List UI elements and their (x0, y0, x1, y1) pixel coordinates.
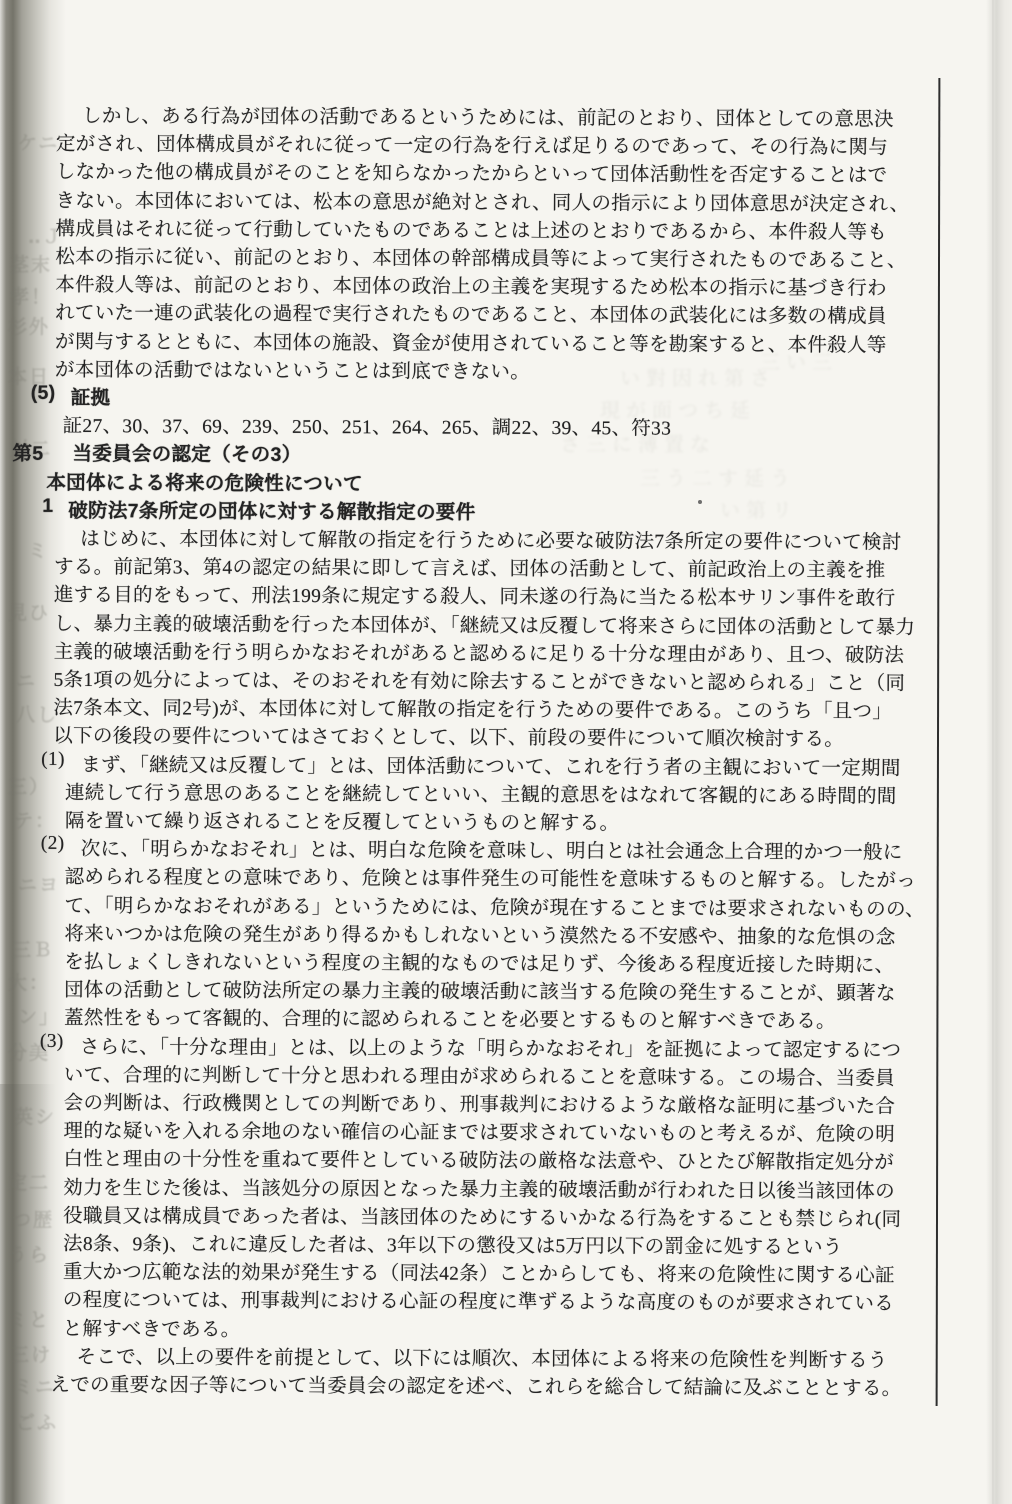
text-line-content: 役職員又は構成員であった者は、当該団体のためにするいかなる行為をすることも禁じら… (63, 1200, 901, 1232)
text-line: 進する目的をもって、刑法199条に規定する殺人、同未遂の行為に当たる松本サリン事… (0, 579, 970, 611)
text-line: と解すべきである。 (0, 1312, 967, 1344)
text-line: 5条1項の処分によっては、そのおそれを有効に除去することができないと認められる」… (0, 664, 970, 696)
text-line: 役職員又は構成員であった者は、当該団体のためにするいかなる行為をすることも禁じら… (0, 1199, 967, 1231)
text-line-content: 破防法7条所定の団体に対する解散指定の要件 (68, 495, 475, 525)
text-line-content: 証27、30、37、69、239、250、251、264、265、調22、39、… (63, 410, 672, 441)
text-line: し、暴力主義的破壊活動を行った本団体が、「継続又は反覆して将来さらに団体の活動と… (0, 607, 970, 639)
scanned-document-page: ケニ‥Ｊ茎末孝！杉外本日対二ミ見ひニ八し三）テ：ニヨ三Ｂ大：ン」分美英シ定二つ歴… (0, 0, 1012, 1504)
text-line: 第5当委員会の認定（その3） (0, 438, 971, 470)
text-line: そこで、以上の要件を前提として、以下には順次、本団体による将来の危険性を判断する… (0, 1340, 967, 1372)
text-line-content: 当委員会の認定（その3） (72, 438, 301, 467)
text-line: 本団体による将来の危険性について (0, 466, 970, 498)
text-line-content: しなかった他の構成員がそのことを知らなかったからといって団体活動性を否定すること… (56, 156, 888, 188)
text-line-content: はじめに、本団体に対して解散の指定を行うために必要な破防法7条所定の要件について… (80, 523, 902, 555)
text-line-content: が本団体の活動ではないということは到底できない。 (55, 354, 530, 384)
text-line: て、「明らかなおそれがある」というためには、危険が現在することまでは要求されない… (0, 889, 969, 921)
text-line: 構成員はそれに従って行動していたものであることは上述のとおりであるから、本件殺人… (0, 212, 972, 244)
text-line: 理的な疑いを入れる余地のない確信の心証までは要求されていないものと考えるが、危険… (0, 1115, 968, 1147)
text-line: 1破防法7条所定の団体に対する解散指定の要件 (0, 494, 970, 526)
text-line-content: 進する目的をもって、刑法199条に規定する殺人、同未遂の行為に当たる松本サリン事… (54, 579, 896, 611)
text-line: 定がされ、団体構成員がそれに従って一定の行為を行えば足りるのであって、その行為に… (0, 128, 972, 160)
text-line: 重大かつ広範な法的効果が発生する（同法42条）ことからしても、将来の危険性に関す… (0, 1256, 967, 1288)
paragraph-number: (1) (41, 748, 65, 770)
text-line: 効力を生じた後は、当該処分の原因となった暴力主義的破壊活動が行われた日以後当該団… (0, 1171, 967, 1203)
text-line: 隔を置いて繰り返されることを反覆してというものと解する。 (0, 805, 969, 837)
paragraph-number: 1 (42, 495, 53, 518)
text-line: 証27、30、37、69、239、250、251、264、265、調22、39、… (0, 410, 971, 442)
text-line: 以下の後段の要件についてはさておくとして、以下、前段の要件について順次検討する。 (0, 720, 969, 752)
text-line-content: 認められる程度との意味であり、危険とは事件発生の可能性を意味するものと解する。し… (65, 861, 917, 893)
text-line-content: 効力を生じた後は、当該処分の原因となった暴力主義的破壊活動が行われた日以後当該団… (63, 1172, 895, 1204)
text-line-content: 証拠 (71, 382, 111, 410)
text-line: (5)証拠 (0, 382, 971, 414)
text-line-content: さらに、「十分な理由」とは、以上のような「明らかなおそれ」を証拠によって認定する… (80, 1031, 902, 1063)
text-line: する。前記第3、第4の認定の結果に即して言えば、団体の活動として、前記政治上の主… (0, 551, 970, 583)
text-line-content: 定がされ、団体構成員がそれに従って一定の行為を行えば足りるのであって、その行為に… (56, 128, 888, 160)
text-line-content: 団体の活動として破防法所定の暴力主義的破壊活動に該当する危険の発生することが、顕… (64, 974, 896, 1006)
text-line: 松本の指示に従い、前記のとおり、本団体の幹部構成員等によって実行されたものである… (0, 241, 971, 273)
text-line-content: 本団体による将来の危険性について (46, 466, 363, 495)
text-line: えでの重要な因子等について当委員会の認定を述べ、これらを総合して結論に及ぶことと… (0, 1369, 966, 1401)
text-line: 本件殺人等は、前記のとおり、本団体の政治上の主義を実現するため松本の指示に基づき… (0, 269, 971, 301)
text-line-content: 以下の後段の要件についてはさておくとして、以下、前段の要件について順次検討する。 (53, 720, 844, 751)
text-line-content: 理的な疑いを入れる余地のない確信の心証までは要求されていないものと考えるが、危険… (63, 1115, 895, 1147)
text-line-content: 隔を置いて繰り返されることを反覆してというものと解する。 (65, 805, 620, 835)
text-line-content: 松本の指示に従い、前記のとおり、本団体の幹部構成員等によって実行されたものである… (55, 241, 907, 273)
paragraph-number: (2) (41, 833, 65, 855)
text-line-content: 将来いつかは危険の発生があり得るかもしれないという漠然たる不安感や、抽象的な危惧… (64, 918, 895, 950)
text-line-content: て、「明らかなおそれがある」というためには、危険が現在することまでは要求されない… (64, 890, 924, 922)
text-line-content: 重大かつ広範な法的効果が発生する（同法42条）ことからしても、将来の危険性に関す… (63, 1256, 895, 1288)
text-line: はじめに、本団体に対して解散の指定を行うために必要な破防法7条所定の要件について… (0, 523, 970, 555)
text-line-content: 5条1項の処分によっては、そのおそれを有効に除去することができないと認められる」… (53, 664, 905, 696)
text-line-content: えでの重要な因子等について当委員会の認定を述べ、これらを総合して結論に及ぶことと… (50, 1369, 901, 1401)
text-line-content: 次に、「明らかなおそれ」とは、明白な危険を意味し、明白とは社会通念上合理的かつ一… (81, 833, 903, 865)
text-line-content: 構成員はそれに従って行動していたものであることは上述のとおりであるから、本件殺人… (55, 213, 887, 245)
text-line: 連続して行う意思のあることを継続してといい、主観的意思をはなれて客観的にある時間… (0, 776, 969, 808)
text-line: しかし、ある行為が団体の活動であるというためには、前記のとおり、団体としての意思… (0, 100, 972, 132)
text-line: いて、合理的に判断して十分と思われる理由が求められることを意味する。この場合、当… (0, 1058, 968, 1090)
text-line: 会の判断は、行政機関としての判断であり、刑事裁判におけるような厳格な証明に基づい… (0, 1087, 968, 1119)
text-line: (2)次に、「明らかなおそれ」とは、明白な危険を意味し、明白とは社会通念上合理的… (0, 833, 969, 865)
text-line-content: しかし、ある行為が団体の活動であるというためには、前記のとおり、団体としての意思… (82, 100, 894, 132)
text-line-content: を払しょくしきれないという程度の主観的なものでは足りず、今後ある程度近接した時期… (64, 946, 894, 978)
paragraph-number: 第5 (12, 438, 43, 466)
text-line: 法8条、9条)、これに違反した者は、3年以下の懲役又は5万円以下の罰金に処すると… (0, 1228, 967, 1260)
text-line-content: 本件殺人等は、前記のとおり、本団体の政治上の主義を実現するため松本の指示に基づき… (55, 269, 887, 301)
text-line: れていた一連の武装化の過程で実行されたものであること、本団体の武装化には多数の構… (0, 297, 971, 329)
text-line: しなかった他の構成員がそのことを知らなかったからといって団体活動性を否定すること… (0, 156, 972, 188)
text-line: 認められる程度との意味であり、危険とは事件発生の可能性を意味するものと解する。し… (0, 861, 969, 893)
paragraph-number: (5) (31, 382, 56, 405)
text-line: 将来いつかは危険の発生があり得るかもしれないという漠然たる不安感や、抽象的な危惧… (0, 917, 968, 949)
paragraph-number: (3) (40, 1030, 64, 1052)
text-line-content: 会の判断は、行政機関としての判断であり、刑事裁判におけるような厳格な証明に基づい… (64, 1087, 896, 1119)
text-line-content: と解すべきである。 (63, 1313, 241, 1342)
text-line: 蓋然性をもって客観的、合理的に認められることを必要とするものと解すべきである。 (0, 1002, 968, 1034)
text-line-content: まず、「継続又は反覆して」とは、団体活動について、これを行う者の主観において一定… (81, 749, 901, 781)
text-line-content: の程度については、刑事裁判における心証の程度に準ずるような高度のものが要求されて… (63, 1284, 894, 1316)
text-line: (3)さらに、「十分な理由」とは、以上のような「明らかなおそれ」を証拠によって認… (0, 1030, 968, 1062)
text-line: を払しょくしきれないという程度の主観的なものでは足りず、今後ある程度近接した時期… (0, 946, 968, 978)
text-line-content: 連続して行う意思のあることを継続してといい、主観的意思をはなれて客観的にある時間… (65, 777, 897, 809)
text-line-content: 法8条、9条)、これに違反した者は、3年以下の懲役又は5万円以下の罰金に処すると… (63, 1228, 843, 1259)
text-line: が本団体の活動ではないということは到底できない。 (0, 353, 971, 385)
text-line: (1)まず、「継続又は反覆して」とは、団体活動について、これを行う者の主観におい… (0, 748, 969, 780)
text-line-content: 主義的破壊活動を行う明らかなおそれがあると認めるに足りる十分な理由があり、且つ、… (54, 636, 905, 668)
text-line-content: 法7条本文、同2号)が、本団体に対して解散の指定を行うための要件である。このうち… (53, 692, 892, 724)
text-line: きない。本団体においては、松本の意思が絶対とされ、同人の指示により団体意思が決定… (0, 184, 972, 216)
text-line: の程度については、刑事裁判における心証の程度に準ずるような高度のものが要求されて… (0, 1284, 967, 1316)
text-line-content: きない。本団体においては、松本の意思が絶対とされ、同人の指示により団体意思が決定… (56, 184, 910, 216)
text-line: 団体の活動として破防法所定の暴力主義的破壊活動に該当する危険の発生することが、顕… (0, 974, 968, 1006)
text-line: 白性と理由の十分性を重ねて要件としている破防法の厳格な法意や、ひとたび解散指定処… (0, 1143, 967, 1175)
text-line-content: 蓋然性をもって客観的、合理的に認められることを必要とするものと解すべきである。 (64, 1002, 836, 1033)
text-line-content: し、暴力主義的破壊活動を行った本団体が、「継続又は反覆して将来さらに団体の活動と… (54, 607, 916, 639)
text-line: 法7条本文、同2号)が、本団体に対して解散の指定を行うための要件である。このうち… (0, 692, 969, 724)
text-line-content: いて、合理的に判断して十分と思われる理由が求められることを意味する。この場合、当… (64, 1059, 895, 1091)
text-line-content: れていた一連の武装化の過程で実行されたものであること、本団体の武装化には多数の構… (55, 297, 887, 329)
text-line-content: 白性と理由の十分性を重ねて要件としている破防法の厳格な法意や、ひとたび解散指定処… (63, 1143, 894, 1175)
text-line-content: が関与するとともに、本団体の施設、資金が使用されていること等を勘案すると、本件殺… (55, 325, 887, 357)
document-text-block: しかし、ある行為が団体の活動であるというためには、前記のとおり、団体としての意思… (0, 0, 1012, 1504)
page-right-edge-shadow (986, 0, 1012, 1504)
text-line: が関与するとともに、本団体の施設、資金が使用されていること等を勘案すると、本件殺… (0, 325, 971, 357)
text-line: 主義的破壊活動を行う明らかなおそれがあると認めるに足りる十分な理由があり、且つ、… (0, 635, 970, 667)
text-line-content: する。前記第3、第4の認定の結果に即して言えば、団体の活動として、前記政治上の主… (54, 551, 886, 583)
text-line-content: そこで、以上の要件を前提として、以下には順次、本団体による将来の危険性を判断する… (77, 1341, 888, 1373)
